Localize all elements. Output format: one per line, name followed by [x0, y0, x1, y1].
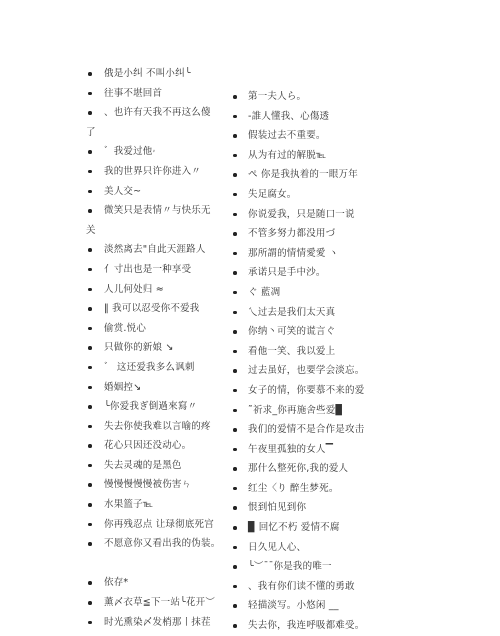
bullet-icon — [88, 327, 92, 331]
list-item-text: 我们的爱情不是合作是攻击 — [248, 424, 364, 435]
list-item: 美人交~ — [86, 182, 226, 202]
list-item: 从为有过的解脱℡ — [231, 146, 381, 166]
list-item-text: ゛ 这还爱我多么讽刺 — [104, 362, 195, 373]
list-item-text: ‖ 我可以忍受你不爱我 — [104, 303, 199, 314]
list-item-text: 微笑只是表情〃与快乐无 — [104, 205, 211, 216]
list-item: 看他一笑、我以爱上 — [231, 342, 381, 362]
bullet-icon — [88, 170, 92, 174]
list-item-text: 俄是小纠 不叫小纠╰ — [104, 68, 191, 79]
list-item: 恨到怕见到你 — [231, 498, 381, 518]
list-item: 婚姻控↘ — [86, 378, 226, 398]
bullet-icon — [233, 546, 237, 550]
bullet-icon — [88, 268, 92, 272]
list-item-text: ╰你爱我ぎ倒過來寫〃 — [104, 401, 197, 412]
list-item: -誰人懂我、心傷透 — [231, 107, 381, 127]
list-item: 女子的情，你要慕不来的爱 — [231, 381, 381, 401]
list-item-text: 偷赏.悦心 — [104, 323, 146, 334]
list-item: 偷赏.悦心 — [86, 319, 226, 339]
list-item: ˜祈求_你再施舍些爱▉ — [231, 401, 381, 421]
list-item: 过去虽好，也要学会淡忘。 — [231, 361, 381, 381]
list-item: 红尘〈り 醉生梦死。 — [231, 479, 381, 499]
list-item-text: 承诺只是手中沙。 — [248, 267, 326, 278]
list-item-text: 那什么整死你,我的爱人 — [248, 463, 348, 474]
bullet-icon — [233, 467, 237, 471]
list-spacer — [86, 554, 226, 574]
list-item: 午夜里孤独的女人▔ — [231, 440, 381, 460]
list-item-text: 、也许有天我不再这么傻 — [104, 107, 211, 118]
bullet-icon — [233, 291, 237, 295]
list-item-text: ぐ 藍凋 — [248, 287, 280, 298]
list-item-text: 第一夫人ら。 — [248, 91, 306, 102]
list-item: 人儿何处归 ≈ — [86, 280, 226, 300]
list-item-text: -誰人懂我、心傷透 — [248, 111, 329, 122]
list-item: 你说爱我，只是随口一说 — [231, 205, 381, 225]
bullet-icon — [233, 389, 237, 393]
bullet-icon — [88, 92, 92, 96]
list-item-text: 假装过去不重要。 — [248, 130, 326, 141]
list-item-text: 不管多努力都没用づ — [248, 228, 335, 239]
list-item-text: 水果篮子℡ — [104, 499, 153, 510]
list-item: 微笑只是表情〃与快乐无 — [86, 201, 226, 221]
bullet-icon — [88, 111, 92, 115]
bullet-icon — [88, 621, 92, 625]
list-item-text: 婚姻控↘ — [104, 382, 141, 393]
list-item-text: 花心只因还没动心。 — [104, 440, 191, 451]
list-item: 慢慢慢慢慢被伤害ㄣ — [86, 475, 226, 495]
bullet-icon — [233, 428, 237, 432]
list-item-text: 不愿意你又看出我的伪装。 — [104, 538, 220, 549]
list-item: 不管多努力都没用づ — [231, 224, 381, 244]
list-item: 水果篮子℡ — [86, 495, 226, 515]
list-item: 那所謂的情情愛愛 ヽ — [231, 244, 381, 264]
list-item: 承诺只是手中沙。 — [231, 263, 381, 283]
list-item: 只做你的新娘 ↘ — [86, 338, 226, 358]
bullet-icon — [233, 252, 237, 256]
bullet-icon — [88, 542, 92, 546]
list-item-text: 女子的情，你要慕不来的爱 — [248, 385, 364, 396]
list-item-text: 你再残忍点 让琭彻底死宫 — [104, 519, 214, 530]
list-item: 花心只因还没动心。 — [86, 436, 226, 456]
list-item-text: ゛我爱过他ۥ — [104, 146, 155, 157]
bullet-icon — [233, 585, 237, 589]
bullet-icon — [233, 193, 237, 197]
list-item: 你再残忍点 让琭彻底死宫 — [86, 515, 226, 535]
bullet-icon — [88, 483, 92, 487]
list-item-text: 时光熏染〆发梢那丨抹茬 — [104, 617, 211, 628]
list-item: 俄是小纠 不叫小纠╰ — [86, 64, 226, 84]
bullet-icon — [233, 624, 237, 628]
list-item: ▉ 回忆不朽 爱情不腐 — [231, 518, 381, 538]
list-item-text: 失去你，我连呼吸都难受。 — [248, 620, 364, 631]
list-item-text: 那所謂的情情愛愛 ヽ — [248, 248, 339, 259]
bullet-icon — [88, 503, 92, 507]
list-item: 、我有你们读不懂的勇敢 — [231, 577, 381, 597]
list-item: ぐ 藍凋 — [231, 283, 381, 303]
bullet-icon — [233, 271, 237, 275]
list-item: ╰你爱我ぎ倒過來寫〃 — [86, 397, 226, 417]
list-item-text: 我的世界只许你进入〃 — [104, 166, 201, 177]
list-item-text: 你说爱我，只是随口一说 — [248, 209, 355, 220]
bullet-icon — [88, 523, 92, 527]
list-item: 失去灵魂的是黑色 — [86, 456, 226, 476]
list-item: 你纳丶可笑的谎言ぐ — [231, 322, 381, 342]
bullet-icon — [88, 464, 92, 468]
bullet-icon — [233, 526, 237, 530]
list-item-text: 你纳丶可笑的谎言ぐ — [248, 326, 335, 337]
right-column-list: 第一夫人ら。-誰人懂我、心傷透假装过去不重要。从为有过的解脱℡ぺ 你是我执着的一… — [231, 87, 381, 636]
bullet-icon — [233, 134, 237, 138]
list-item: 失足腐女。 — [231, 185, 381, 205]
list-item: 轻描淡写。小悠闲 __ — [231, 596, 381, 616]
list-item-text: 往事不堪回首 — [104, 88, 162, 99]
bullet-icon — [88, 209, 92, 213]
left-column-list: 俄是小纠 不叫小纠╰往事不堪回首、也许有天我不再这么傻了゛我爱过他ۥ我的世界只许… — [86, 64, 226, 632]
list-item-text: 关 — [86, 225, 96, 236]
bullet-icon — [233, 487, 237, 491]
list-item-text: 薰〆衣草≦下一站╰花开︶ — [104, 597, 215, 608]
list-item: 那什么整死你,我的爱人 — [231, 459, 381, 479]
bullet-icon — [233, 506, 237, 510]
list-item: 失去你，我连呼吸都难受。 — [231, 616, 381, 636]
list-item-text: 午夜里孤独的女人▔ — [248, 444, 333, 455]
bullet-icon — [88, 72, 92, 76]
bullet-icon — [88, 248, 92, 252]
list-item-text: 失去你使我难以言喻的疼 — [104, 421, 211, 432]
list-item: 时光熏染〆发梢那丨抹茬 — [86, 613, 226, 633]
bullet-icon — [88, 425, 92, 429]
list-item: 往事不堪回首 — [86, 84, 226, 104]
list-item: 失去你使我难以言喻的疼 — [86, 417, 226, 437]
bullet-icon — [88, 288, 92, 292]
bullet-icon — [233, 330, 237, 334]
list-item-text: 失足腐女。 — [248, 189, 297, 200]
bullet-icon — [233, 565, 237, 569]
bullet-icon — [233, 154, 237, 158]
bullet-icon — [233, 95, 237, 99]
list-item: ゛我爱过他ۥ — [86, 142, 226, 162]
bullet-icon — [233, 448, 237, 452]
list-item: 我的世界只许你进入〃 — [86, 162, 226, 182]
list-item: ╰︶¯¯你是我的唯一 — [231, 557, 381, 577]
list-item-text: 从为有过的解脱℡ — [248, 150, 326, 161]
bullet-icon — [233, 604, 237, 608]
list-item: 亻寸出也是一种享受 — [86, 260, 226, 280]
bullet-icon — [88, 346, 92, 350]
list-item-text: ぺ 你是我执着的一眼万年 — [248, 169, 358, 180]
list-item-text: 只做你的新娘 ↘ — [104, 342, 174, 353]
document-page: 俄是小纠 不叫小纠╰往事不堪回首、也许有天我不再这么傻了゛我爱过他ۥ我的世界只许… — [0, 0, 500, 636]
bullet-icon — [233, 173, 237, 177]
bullet-icon — [233, 115, 237, 119]
bullet-icon — [233, 311, 237, 315]
bullet-icon — [88, 444, 92, 448]
bullet-icon — [233, 409, 237, 413]
list-item-text: 人儿何处归 ≈ — [104, 284, 164, 295]
list-item-text: 依存* — [104, 577, 128, 588]
list-item: ぺ 你是我执着的一眼万年 — [231, 165, 381, 185]
bullet-icon — [88, 190, 92, 194]
bullet-icon — [88, 581, 92, 585]
list-item: 第一夫人ら。 — [231, 87, 381, 107]
list-item: 假装过去不重要。 — [231, 126, 381, 146]
list-item: 乀过去是我们太天真 — [231, 303, 381, 323]
bullet-icon — [88, 307, 92, 311]
list-item-text: ˜祈求_你再施舍些爱▉ — [248, 405, 343, 416]
list-item-text: 慢慢慢慢慢被伤害ㄣ — [104, 479, 191, 490]
list-item-text: ▉ 回忆不朽 爱情不腐 — [248, 522, 340, 533]
list-item-text: 乀过去是我们太天真 — [248, 307, 335, 318]
list-item-continuation: 关 — [86, 221, 226, 241]
bullet-icon — [233, 369, 237, 373]
bullet-icon — [88, 405, 92, 409]
list-item-text: 失去灵魂的是黑色 — [104, 460, 182, 471]
bullet-icon — [88, 386, 92, 390]
list-item: 依存* — [86, 573, 226, 593]
bullet-icon — [233, 232, 237, 236]
bullet-icon — [233, 213, 237, 217]
list-item-text: 轻描淡写。小悠闲 __ — [248, 600, 339, 611]
list-item: 日久见人心、 — [231, 538, 381, 558]
list-item-text: 恨到怕见到你 — [248, 502, 306, 513]
list-item-text: 了 — [86, 127, 96, 138]
list-item: 、也许有天我不再这么傻 — [86, 103, 226, 123]
bullet-icon — [88, 601, 92, 605]
list-item-continuation: 了 — [86, 123, 226, 143]
list-item: 我们的爱情不是合作是攻击 — [231, 420, 381, 440]
list-item-text: 、我有你们读不懂的勇敢 — [248, 581, 355, 592]
list-item-text: 美人交~ — [104, 186, 141, 197]
list-item-text: 看他一笑、我以爱上 — [248, 346, 335, 357]
list-item-text: 日久见人心、 — [248, 542, 306, 553]
list-item: ‖ 我可以忍受你不爱我 — [86, 299, 226, 319]
list-item: 淡然离去"自此天涯路人 — [86, 240, 226, 260]
list-item-text: 红尘〈り 醉生梦死。 — [248, 483, 339, 494]
bullet-icon — [88, 366, 92, 370]
list-item: ゛ 这还爱我多么讽刺 — [86, 358, 226, 378]
list-item-text: 过去虽好，也要学会淡忘。 — [248, 365, 364, 376]
list-item-text: 淡然离去"自此天涯路人 — [104, 244, 206, 255]
list-item: 薰〆衣草≦下一站╰花开︶ — [86, 593, 226, 613]
bullet-icon — [233, 350, 237, 354]
list-item: 不愿意你又看出我的伪装。 — [86, 534, 226, 554]
bullet-icon — [88, 150, 92, 154]
list-item-text: ╰︶¯¯你是我的唯一 — [248, 561, 332, 572]
list-item-text: 亻寸出也是一种享受 — [104, 264, 191, 275]
